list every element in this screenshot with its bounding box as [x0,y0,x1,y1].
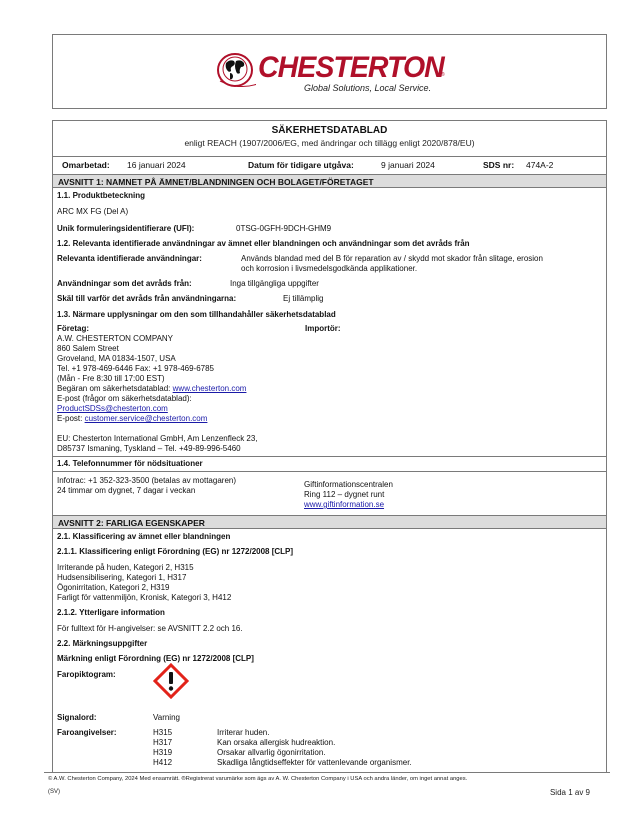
uses-line-2: och korrosion i livsmedelsgodkända appli… [241,264,417,273]
hazard-code: H315 [153,728,172,737]
s21-title: 2.1. Klassificering av ämnet eller bland… [57,532,230,541]
classification-3: Ögonirritation, Kategori 2, H319 [57,583,170,592]
email-line: E-post: customer.service@chesterton.com [57,414,207,423]
emergency-line-2: 24 timmar om dygnet, 7 dagar i veckan [57,486,195,495]
document-title: SÄKERHETSDATABLAD [53,125,606,136]
signal-word-value: Varning [153,713,180,722]
sds-document: SÄKERHETSDATABLAD enligt REACH (1907/200… [52,120,607,773]
poison-center-name: Giftinformationscentralen [304,480,393,489]
uses-label: Relevanta identifierade användningar: [57,254,202,263]
divider [53,456,606,457]
hazard-code: H317 [153,738,172,747]
hazard-text: Kan orsaka allergisk hudreaktion. [217,738,335,747]
hazard-code: H412 [153,758,172,767]
s12-title: 1.2. Relevanta identifierade användninga… [57,239,470,248]
reason-value: Ej tillämplig [283,294,323,303]
previous-edition-label: Datum för tidigare utgåva: [248,160,354,170]
s14-title: 1.4. Telefonnummer för nödsituationer [57,459,203,468]
s211-title: 2.1.1. Klassificering enligt Förordning … [57,547,293,556]
footer-copyright: © A.W. Chesterton Company, 2024 Med ensa… [48,776,467,782]
eu-address-line-2: D85737 Ismaning, Tyskland – Tel. +49-89-… [57,444,241,453]
hazard-code: H319 [153,748,172,757]
globe-icon [216,51,256,89]
advised-against-value: Inga tillgängliga uppgifter [230,279,319,288]
signal-word-label: Signalord: [57,713,97,722]
company-label: Företag: [57,324,89,333]
s11-title: 1.1. Produktbeteckning [57,191,145,200]
fulltext-note: För fulltext för H-angivelser: se AVSNIT… [57,624,243,633]
importer-label: Importör: [305,324,341,333]
s13-title: 1.3. Närmare upplysningar om den som til… [57,310,336,319]
exclamation-mark-diamond-icon [153,663,189,699]
s22-title: 2.2. Märkningsuppgifter [57,639,147,648]
classification-1: Irriterande på huden, Kategori 2, H315 [57,563,194,572]
company-city: Groveland, MA 01834-1507, USA [57,354,176,363]
hazard-statements-label: Faroangivelser: [57,728,117,737]
hazard-text: Irriterar huden. [217,728,269,737]
email-sds-label: E-post (frågor om säkerhetsdatablad): [57,394,192,403]
eu-address-line-1: EU: Chesterton International GmbH, Am Le… [57,434,258,443]
logo-header: CHESTERTON ® Global Solutions, Local Ser… [52,34,607,109]
hazard-text: Orsakar allvarlig ögonirritation. [217,748,326,757]
footer-language: (SV) [48,789,60,795]
sds-email-link[interactable]: ProductSDSs@chesterton.com [57,404,168,413]
document-title-block: SÄKERHETSDATABLAD enligt REACH (1907/200… [53,121,606,157]
emergency-line-1: Infotrac: +1 352-323-3500 (betalas av mo… [57,476,236,485]
sds-number-label: SDS nr: [483,160,514,170]
company-street: 860 Salem Street [57,344,119,353]
chesterton-website-link[interactable]: www.chesterton.com [173,384,247,393]
giftinformation-link[interactable]: www.giftinformation.se [304,500,384,509]
customer-service-email-link[interactable]: customer.service@chesterton.com [85,414,208,423]
labelling-title: Märkning enligt Förordning (EG) nr 1272/… [57,654,254,663]
company-hours: (Mån - Fre 8:30 till 17:00 EST) [57,374,165,383]
classification-2: Hudsensibilisering, Kategori 1, H317 [57,573,186,582]
registered-mark: ® [441,72,445,78]
chesterton-logo: CHESTERTON ® Global Solutions, Local Ser… [216,51,446,95]
brand-tagline: Global Solutions, Local Service. [304,83,431,93]
reason-label: Skäl till varför det avråds från användn… [57,294,236,303]
revision-meta-row: Omarbetad: 16 januari 2024 Datum för tid… [53,157,606,174]
product-name: ARC MX FG (Del A) [57,207,128,216]
document-subtitle: enligt REACH (1907/2006/EG, med ändringa… [53,138,606,148]
revised-label: Omarbetad: [62,160,110,170]
hazard-text: Skadliga långtidseffekter för vattenleva… [217,758,412,767]
sds-number: 474A-2 [526,160,553,170]
advised-against-label: Användningar som det avråds från: [57,279,192,288]
section-1-heading: AVSNITT 1: NAMNET PÅ ÄMNET/BLANDNINGEN O… [53,174,606,188]
previous-edition-date: 9 januari 2024 [381,160,435,170]
ufi-label: Unik formuleringsidentifierare (UFI): [57,224,194,233]
classification-4: Farligt för vattenmiljön, Kronisk, Kateg… [57,593,231,602]
sds-request-label: Begäran om säkerhetsdatablad: [57,384,170,393]
poison-center-phone: Ring 112 – dygnet runt [304,490,384,499]
s212-title: 2.1.2. Ytterligare information [57,608,165,617]
company-name: A.W. CHESTERTON COMPANY [57,334,173,343]
sds-request-line: Begäran om säkerhetsdatablad: www.cheste… [57,384,246,393]
section-2-heading: AVSNITT 2: FARLIGA EGENSKAPER [53,515,606,529]
brand-name: CHESTERTON [258,51,444,85]
uses-line-1: Används blandad med del B för reparation… [241,254,543,263]
pictogram-label: Faropiktogram: [57,670,116,679]
divider [53,471,606,472]
footer-divider [44,772,610,773]
ufi-value: 0TSG-0GFH-9DCH-GHM9 [236,224,331,233]
company-phone: Tel. +1 978-469-6446 Fax: +1 978-469-678… [57,364,214,373]
revised-date: 16 januari 2024 [127,160,186,170]
page-number: Sida 1 av 9 [550,788,590,797]
email-label: E-post: [57,414,82,423]
